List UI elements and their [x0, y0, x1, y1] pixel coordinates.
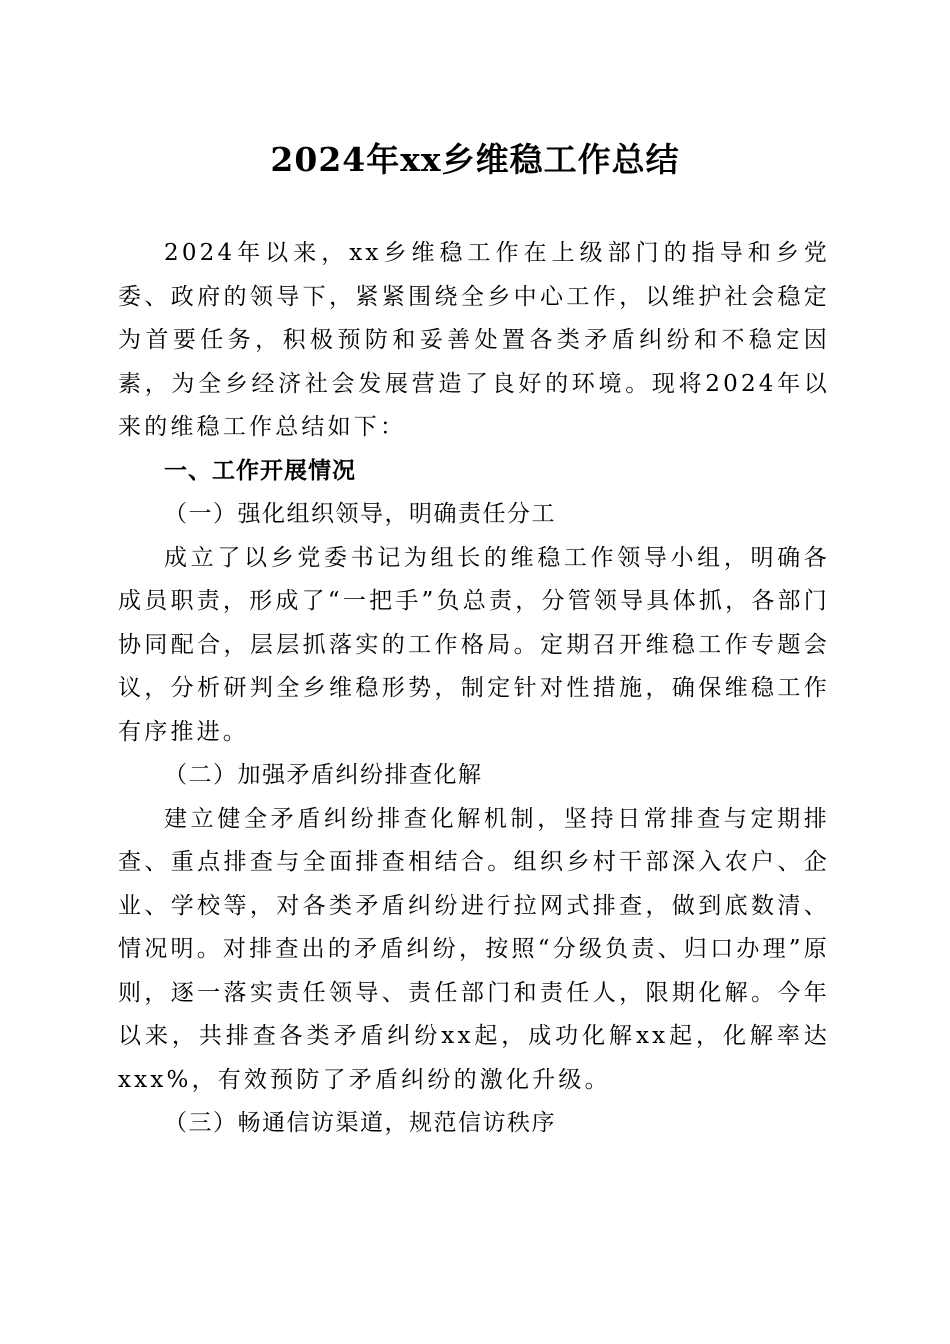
subsection-heading: （一）强化组织领导，明确责任分工 [118, 493, 830, 537]
subsection-heading: （三）畅通信访渠道，规范信访秩序 [118, 1102, 830, 1146]
document-page: 2024年xx乡维稳工作总结 2024年以来，xx乡维稳工作在上级部门的指导和乡… [0, 0, 950, 1344]
intro-paragraph: 2024年以来，xx乡维稳工作在上级部门的指导和乡党委、政府的领导下，紧紧围绕全… [118, 232, 830, 450]
document-body: 2024年以来，xx乡维稳工作在上级部门的指导和乡党委、政府的领导下，紧紧围绕全… [118, 232, 830, 1146]
section-heading: 一、工作开展情况 [118, 450, 830, 494]
subsection-paragraph: 成立了以乡党委书记为组长的维稳工作领导小组，明确各成员职责，形成了“一把手”负总… [118, 537, 830, 755]
subsection-paragraph: 建立健全矛盾纠纷排查化解机制，坚持日常排查与定期排查、重点排查与全面排查相结合。… [118, 798, 830, 1103]
subsection-heading: （二）加强矛盾纠纷排查化解 [118, 754, 830, 798]
document-title: 2024年xx乡维稳工作总结 [0, 138, 950, 182]
